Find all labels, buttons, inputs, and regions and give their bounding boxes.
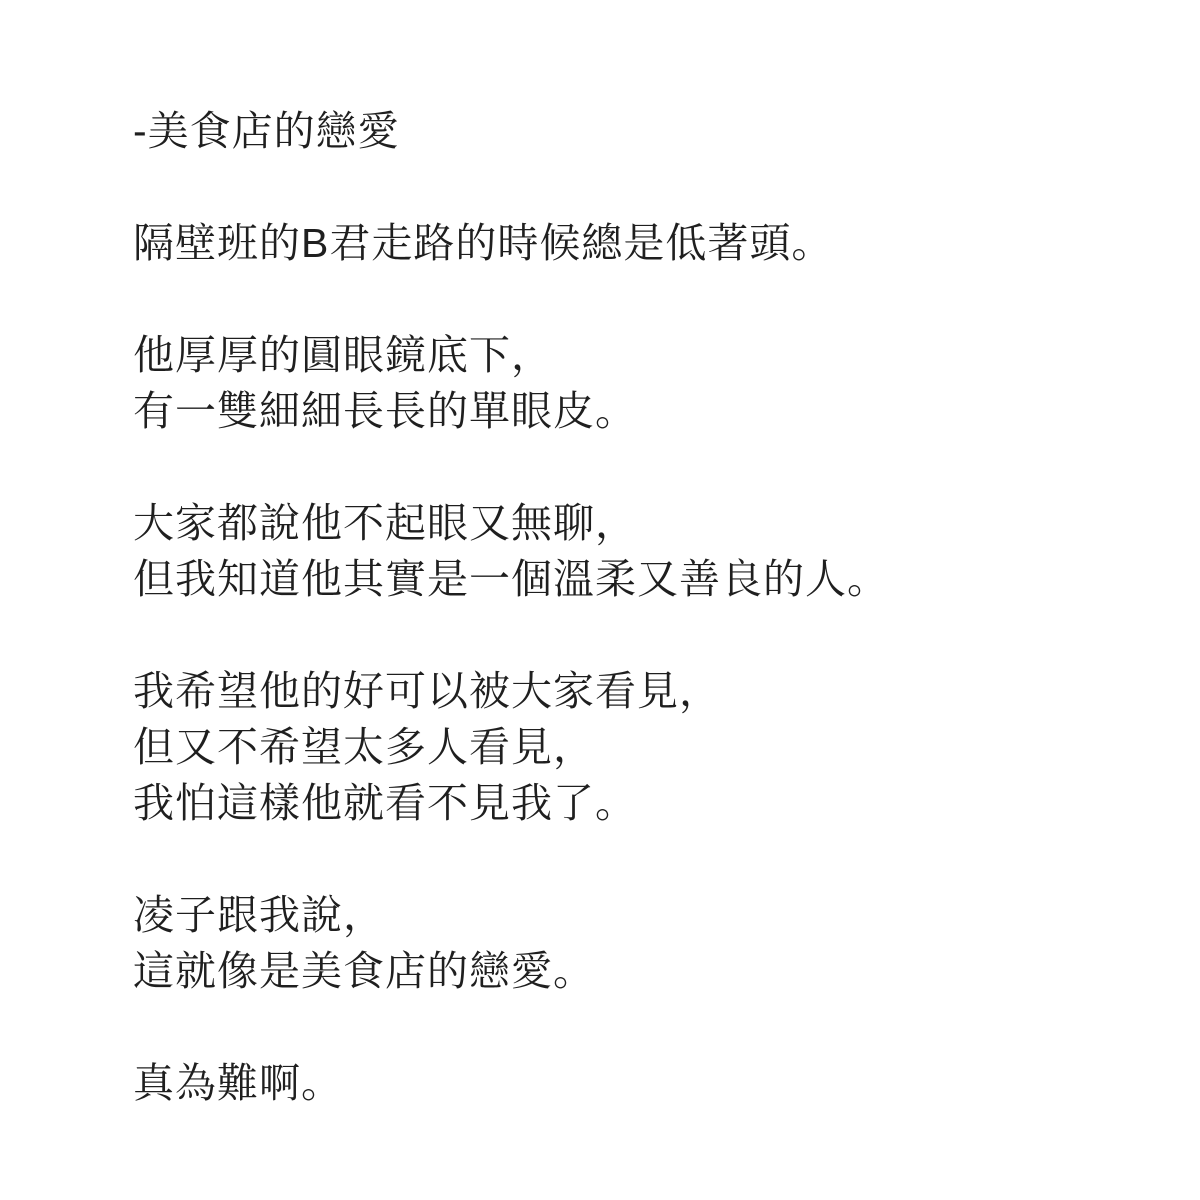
text-line: 大家都說他不起眼又無聊， [133, 495, 1120, 551]
paragraph: 大家都說他不起眼又無聊， 但我知道他其實是一個溫柔又善良的人。 [133, 495, 1120, 607]
paragraph: 他厚厚的圓眼鏡底下， 有一雙細細長長的單眼皮。 [133, 327, 1120, 439]
text-line: 有一雙細細長長的單眼皮。 [133, 383, 1120, 439]
page-title: -美食店的戀愛 [133, 103, 1120, 159]
text-line: 隔壁班的B君走路的時候總是低著頭。 [133, 215, 1120, 271]
paragraph: 我希望他的好可以被大家看見， 但又不希望太多人看見， 我怕這樣他就看不見我了。 [133, 663, 1120, 831]
text-line: 真為難啊。 [133, 1055, 1120, 1111]
text-post-page: -美食店的戀愛 隔壁班的B君走路的時候總是低著頭。 他厚厚的圓眼鏡底下， 有一雙… [0, 0, 1200, 1200]
text-line: 凌子跟我說， [133, 887, 1120, 943]
text-line: 我希望他的好可以被大家看見， [133, 663, 1120, 719]
text-line: 這就像是美食店的戀愛。 [133, 943, 1120, 999]
text-line: 但又不希望太多人看見， [133, 719, 1120, 775]
text-line: 但我知道他其實是一個溫柔又善良的人。 [133, 551, 1120, 607]
text-line: 我怕這樣他就看不見我了。 [133, 775, 1120, 831]
text-line: 他厚厚的圓眼鏡底下， [133, 327, 1120, 383]
paragraph: 真為難啊。 [133, 1055, 1120, 1111]
paragraph: 隔壁班的B君走路的時候總是低著頭。 [133, 215, 1120, 271]
paragraph: 凌子跟我說， 這就像是美食店的戀愛。 [133, 887, 1120, 999]
